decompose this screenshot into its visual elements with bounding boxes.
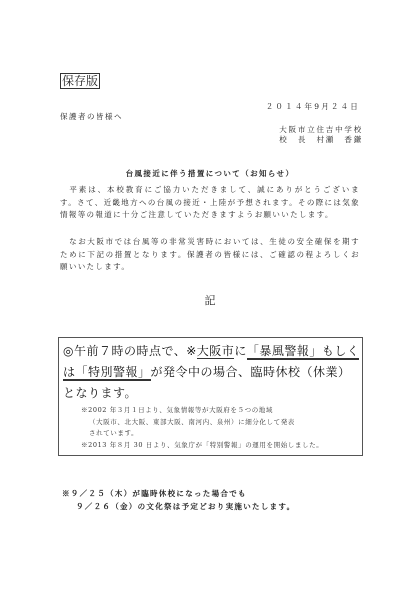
archive-stamp: 保存版 [60, 73, 100, 89]
note-line: ※2013 年８月 30 日より、気象庁が「特別警報」の運用を開始しました。 [81, 440, 323, 452]
notice-text-ni: に [234, 344, 247, 358]
document-date: ２０１４年9月２４日 [266, 101, 360, 112]
city-underlined: 大阪市 [197, 344, 235, 359]
festival-notice: ※９／２５（木）が臨時休校になった場合でも ９／２６（金）の文化祭は予定どおり実… [62, 487, 295, 513]
note-line: されています。 [81, 428, 323, 440]
ki-heading: 記 [0, 292, 420, 308]
special-warning-underlined: 「特別警報」 [76, 365, 151, 381]
paragraph-policy: なお大阪市では台風等の非常災害時においては、生徒の安全確保を期すために下記の措置… [60, 236, 360, 274]
addressee: 保護者の皆様へ [60, 111, 123, 122]
notice-text-lead: ◎午前７時の時点で、※ [63, 344, 197, 358]
principal-name: 校 長 村瀬 香鎌 [279, 134, 363, 145]
festival-notice-line1: ※９／２５（木）が臨時休校になった場合でも [62, 487, 295, 500]
notice-notes: ※2002 年３月１日より、気象情報等が大阪府を５つの地域 （大阪市、北大阪、東… [81, 405, 323, 451]
document-title: 台風接近に伴う措置について（お知らせ） [0, 168, 420, 179]
notice-box: ◎午前７時の時点で、※大阪市に「暴風警報」もしくは「特別警報」が発令中の場合、臨… [58, 337, 363, 456]
note-line: ※2002 年３月１日より、気象情報等が大阪府を５つの地域 [81, 405, 323, 417]
notice-main-text: ◎午前７時の時点で、※大阪市に「暴風警報」もしくは「特別警報」が発令中の場合、臨… [63, 341, 363, 404]
note-line: （大阪市、北大阪、東部大阪、南河内、泉州）に細分化して発表 [81, 417, 323, 429]
festival-notice-line2: ９／２６（金）の文化祭は予定どおり実施いたします。 [62, 500, 295, 513]
storm-warning-underlined: 「暴風警報」 [247, 344, 322, 360]
paragraph-greeting: 平素は、本校教育にご協力いただきまして、誠にありがとうございます。さて、近畿地方… [60, 184, 360, 222]
